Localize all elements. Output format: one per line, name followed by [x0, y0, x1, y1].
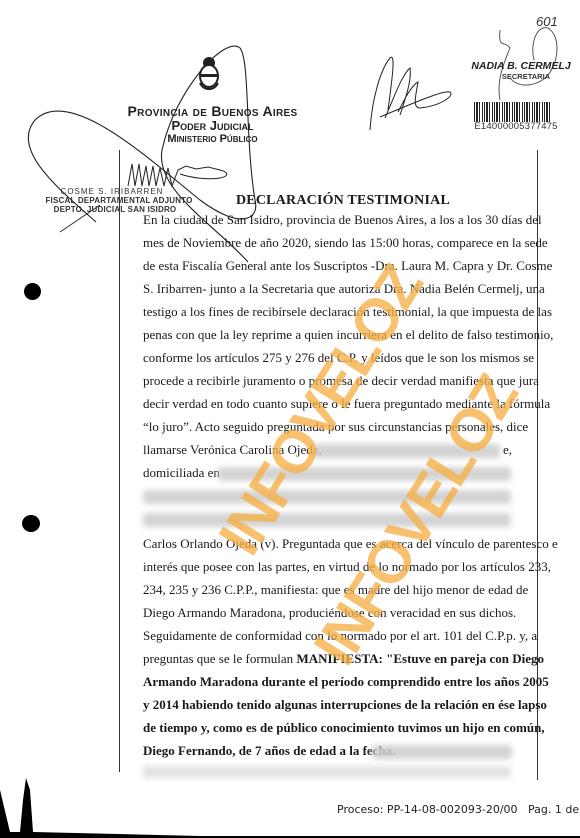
barcode-number: E14000005377475 [468, 121, 564, 132]
redacted-block [143, 513, 511, 527]
secretary-name: NADIA B. CERMELJ [466, 60, 576, 72]
body-line: penas con que la ley reprime a quien inc… [143, 327, 512, 343]
body-line: testigo a los fines de recibírsele decla… [143, 304, 512, 320]
redacted-block [143, 490, 511, 504]
stamp-official-name: COSME S. IRIBARREN [52, 187, 172, 196]
process-number: Proceso: PP-14-08-002093-20/00 [337, 803, 518, 816]
document-title: DECLARACIÓN TESTIMONIAL [236, 193, 450, 209]
body-line: Seguidamente de conformidad con lo norma… [143, 628, 512, 644]
statement-line: Armando Maradona durante el período comp… [143, 674, 512, 690]
body-line: En la ciudad de San Isidro, provincia de… [143, 212, 512, 228]
barcode-icon [474, 102, 552, 122]
punch-hole [22, 515, 40, 532]
letterhead-judicial: Poder Judicial [120, 118, 305, 133]
letterhead-ministry: Ministerio Público [120, 133, 305, 145]
body-line: Carlos Orlando Ojeda (v). Preguntada que… [143, 536, 512, 552]
manifiesta-line: preguntas que se le formulan MANIFIESTA:… [143, 651, 512, 667]
body-line: de esta Fiscalía General ante los Suscri… [143, 258, 512, 274]
redacted-block [312, 444, 500, 458]
manifiesta-prefix: preguntas que se le formulan [143, 651, 296, 666]
margin-line-left [119, 150, 120, 772]
redacted-block [143, 766, 511, 778]
redacted-block [372, 745, 512, 759]
statement-line: y 2014 habiendo tenido algunas interrupc… [143, 697, 512, 713]
letterhead-province: Provincia de Buenos Aires [120, 103, 305, 119]
body-line: S. Iribarren- junto a la Secretaria que … [143, 281, 512, 297]
body-line: 234, 235 y 236 C.P.P., manifiesta: que e… [143, 582, 512, 598]
footer-process: Proceso: PP-14-08-002093-20/00 Pag. 1 de [337, 803, 579, 816]
manifiesta-statement: MANIFIESTA: "Estuve en pareja con Diego [296, 651, 544, 666]
body-line: mes de Noviembre de año 2020, siendo las… [143, 235, 512, 251]
body-line: Diego Armando Maradona, produciéndose co… [143, 605, 512, 621]
body-line: interés que posee con las partes, en vir… [143, 559, 512, 575]
page-number: Pag. 1 de [528, 803, 579, 816]
coat-of-arms-icon [196, 55, 222, 91]
folio-number: 601 [536, 14, 558, 29]
body-line: conforme los artículos 275 y 276 del C.P… [143, 350, 512, 366]
body-line: procede a recibirle juramento o promesa … [143, 373, 512, 389]
secretary-role: SECRETARIA [486, 72, 566, 81]
body-line: decir verdad en todo cuanto supiere o le… [143, 396, 512, 412]
body-line: “lo juro”. Acto seguido preguntada por s… [143, 419, 512, 435]
redacted-block [218, 467, 511, 481]
witness-name-line-end: e, [503, 442, 512, 458]
punch-hole [24, 283, 41, 300]
statement-line: de tiempo y, como es de público conocimi… [143, 720, 512, 736]
